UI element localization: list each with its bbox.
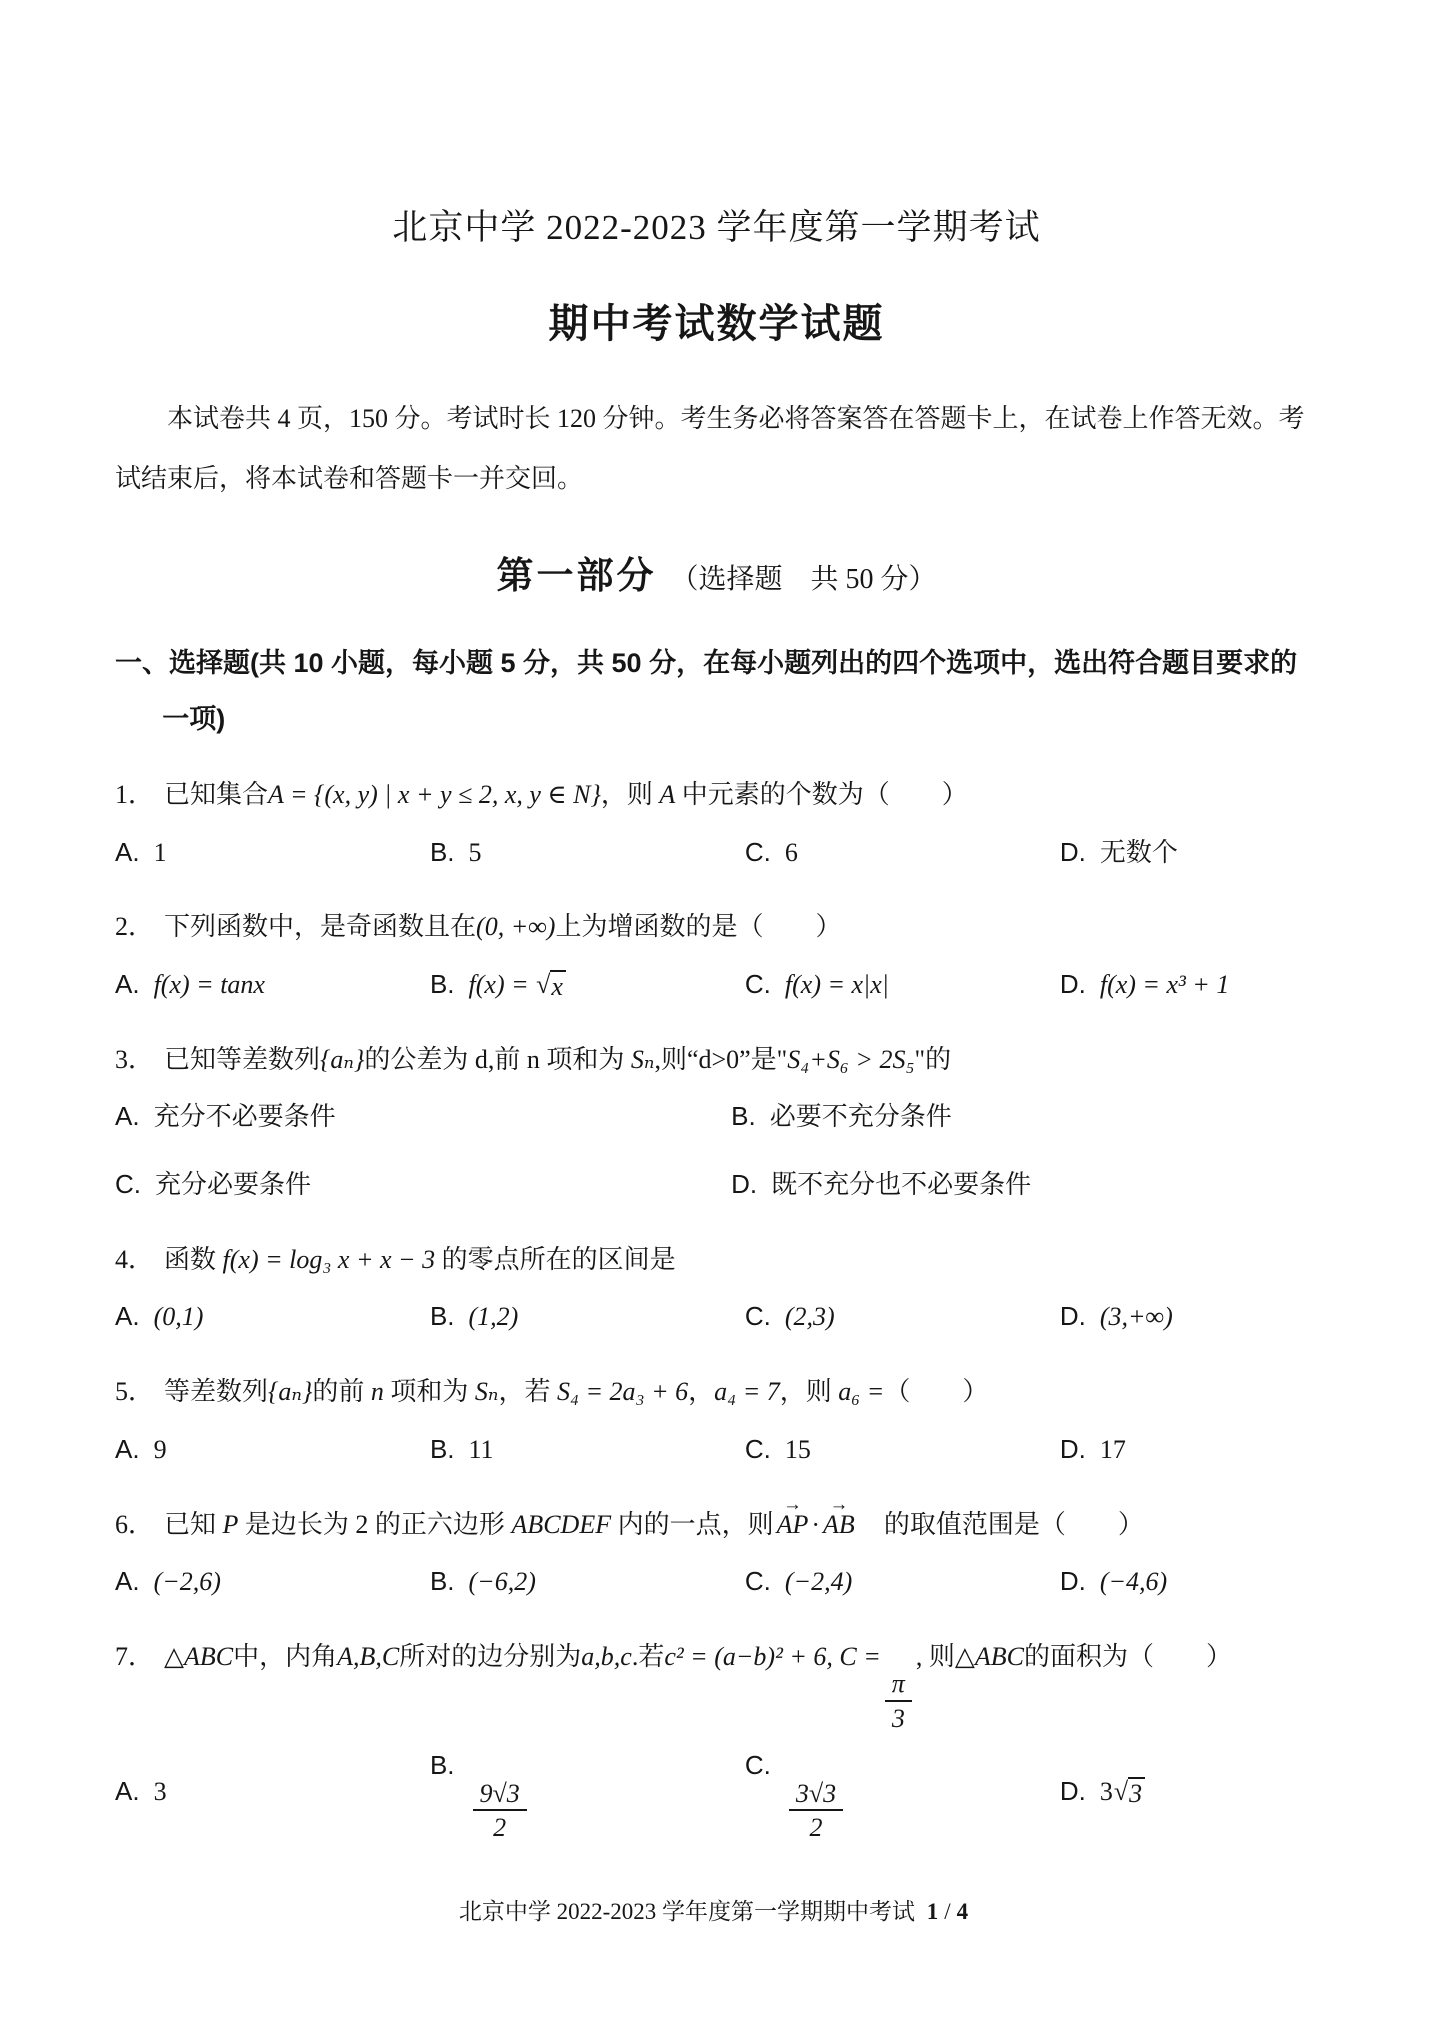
math-segment: {aₙ} [268,1377,312,1406]
question-6: 6．已知 P 是边长为 2 的正六边形 ABCDEF 内的一点，则AP·AB 的… [115,1500,1318,1608]
text-segment: 的面积为（ ） [1024,1642,1232,1671]
option-B: B.9√32 [430,1740,745,1843]
fraction-numerator: 9√3 [473,1779,527,1812]
math-segment: (3,+∞) [1100,1302,1173,1331]
math-segment: (−4,6) [1100,1567,1167,1596]
math-segment: (2,3) [785,1302,835,1331]
option-content: (2,3) [785,1302,835,1331]
square-root: √x [536,970,566,1002]
option-D: D.17 [1060,1424,1318,1476]
option-label: C. [745,1566,771,1596]
option-content: 11 [469,1435,494,1464]
text-segment: , 则△ [916,1642,975,1671]
vector: AB [823,1500,855,1551]
option-label: A. [115,837,140,867]
fraction: 9√32 [473,1779,527,1844]
option-content: (−2,6) [154,1567,221,1596]
option-content: (1,2) [469,1302,519,1331]
option-label: A. [115,1434,140,1464]
text-segment: "的 [915,1045,952,1074]
text-segment: （ ） [884,1377,988,1406]
option-content: 充分必要条件 [155,1170,311,1199]
question-options: A.1B.5C.6D.无数个 [115,827,1318,879]
option-content: 15 [785,1435,811,1464]
question-2: 2．下列函数中，是奇函数且在(0, +∞)上为增函数的是（ ） A.f(x) =… [115,902,1318,1010]
math-segment: S₄+S₆ > 2S₅ [787,1045,914,1074]
math-segment: {aₙ} [320,1045,364,1074]
question-stem-text: 已知集合A = {(x, y) | x + y ≤ 2, x, y ∈ N}，则… [164,780,968,809]
math-segment: (−2,4) [785,1567,852,1596]
question-number: 7． [115,1642,154,1671]
part1-heading: 第一部分（选择题 共 50 分） [115,545,1318,599]
question-number: 2． [115,912,154,941]
question-stem: 2．下列函数中，是奇函数且在(0, +∞)上为增函数的是（ ） [115,902,1318,953]
math-segment: (0, +∞) [476,912,555,941]
option-label: B. [430,837,455,867]
option-label: A. [115,969,140,999]
math-segment: A,B,C [337,1642,399,1671]
option-content: 5 [469,838,482,867]
text-segment: ，若 [498,1377,557,1406]
math-segment: Sₙ [631,1045,655,1074]
text-segment: 5 [469,838,482,867]
option-label: A. [115,1566,140,1596]
question-stem-text: 函数 f(x) = log₃ x + x − 3 的零点所在的区间是 [164,1245,676,1274]
text-segment: 项和为 [384,1377,475,1406]
option-label: C. [745,837,771,867]
text-segment: 已知集合 [164,780,268,809]
question-stem: 3．已知等差数列{aₙ}的公差为 d,前 n 项和为 Sₙ,则“d>0”是"S₄… [115,1035,1318,1086]
option-content: 6 [785,838,798,867]
option-content: 无数个 [1100,838,1178,867]
question-stem-text: 下列函数中，是奇函数且在(0, +∞)上为增函数的是（ ） [164,912,841,941]
page-footer: 北京中学 2022-2023 学年度第一学期期中考试 1/4 [115,1893,1318,1944]
radicand: 3 [1128,1777,1145,1809]
option-A: A.9 [115,1424,430,1476]
text-segment: .若 [632,1642,665,1671]
text-segment: 函数 [164,1245,223,1274]
option-label: B. [430,1750,455,1780]
math-segment: (−6,2) [469,1567,536,1596]
option-A: A.f(x) = tanx [115,959,430,1011]
option-C: C.(2,3) [745,1291,1060,1343]
option-label: A. [115,1101,140,1131]
option-B: B.(1,2) [430,1291,745,1343]
exam-instructions: 本试卷共 4 页，150 分。考试时长 120 分钟。考生务必将答案答在答题卡上… [115,389,1318,509]
option-label: D. [1060,969,1086,999]
option-content: 1 [154,838,167,867]
footer-text: 北京中学 2022-2023 学年度第一学期期中考试 [459,1899,915,1924]
question-1: 1．已知集合A = {(x, y) | x + y ≤ 2, x, y ∈ N}… [115,770,1318,878]
question-number: 4． [115,1245,154,1274]
option-label: D. [1060,837,1086,867]
option-label: D. [1060,1434,1086,1464]
fraction: π3 [885,1669,912,1734]
option-A: A.充分不必要条件 [115,1091,731,1143]
option-label: C. [745,1750,771,1780]
text-segment: 15 [785,1435,811,1464]
text-segment: ， [688,1377,714,1406]
option-content: 3√3 [1100,1777,1146,1806]
option-A: A.(0,1) [115,1291,430,1343]
question-number: 6． [115,1510,154,1539]
math-segment: A [659,780,675,809]
text-segment: 所对的边分别为 [399,1642,581,1671]
math-segment: ABC [184,1642,233,1671]
option-content: 既不充分也不必要条件 [771,1170,1031,1199]
option-content: f(x) = tanx [154,970,265,999]
question-stem: 1．已知集合A = {(x, y) | x + y ≤ 2, x, y ∈ N}… [115,770,1318,821]
option-label: C. [115,1169,141,1199]
question-options: A.(−2,6)B.(−6,2)C.(−2,4)D.(−4,6) [115,1556,1318,1608]
question-list: 1．已知集合A = {(x, y) | x + y ≤ 2, x, y ∈ N}… [115,770,1318,1868]
question-5: 5．等差数列{aₙ}的前 n 项和为 Sₙ，若 S₄ = 2a₃ + 6，a₄ … [115,1367,1318,1475]
question-options: A.充分不必要条件B.必要不充分条件C.充分必要条件D.既不充分也不必要条件 [115,1091,1318,1210]
text-segment: 下列函数中，是奇函数且在 [164,912,476,941]
option-label: D. [731,1169,757,1199]
option-C: C.3√32 [745,1740,1060,1843]
option-content: 充分不必要条件 [154,1102,336,1131]
question-options: A.f(x) = tanxB.f(x) = √xC.f(x) = x|x|D.f… [115,959,1318,1011]
option-C: C.f(x) = x|x| [745,959,1060,1011]
option-content: (−4,6) [1100,1567,1167,1596]
text-segment: 充分不必要条件 [154,1102,336,1131]
math-segment: a,b,c [581,1642,632,1671]
option-content: 必要不充分条件 [770,1102,952,1131]
text-segment: 1 [154,838,167,867]
text-segment: 的零点所在的区间是 [435,1245,676,1274]
text-segment: ，则 [601,780,660,809]
option-content: 3√32 [785,1751,847,1780]
option-D: D.f(x) = x³ + 1 [1060,959,1318,1011]
option-B: B.11 [430,1424,745,1476]
text-segment: 已知等差数列 [164,1045,320,1074]
option-C: C.(−2,4) [745,1556,1060,1608]
option-D: D.无数个 [1060,827,1318,879]
fraction-denominator: 2 [810,1811,823,1843]
radicand: x [550,970,566,1002]
option-content: (3,+∞) [1100,1302,1173,1331]
option-label: D. [1060,1301,1086,1331]
math-segment: f(x) = x|x| [785,970,889,999]
math-segment: n [371,1377,384,1406]
question-stem: 6．已知 P 是边长为 2 的正六边形 ABCDEF 内的一点，则AP·AB 的… [115,1500,1318,1551]
option-content: (−2,4) [785,1567,852,1596]
text-segment: 中，内角 [233,1642,337,1671]
text-segment: 的公差为 d,前 n 项和为 [364,1045,631,1074]
option-C: C.6 [745,827,1060,879]
question-stem-text: △ABC中，内角A,B,C所对的边分别为a,b,c.若c² = (a−b)² +… [164,1642,1232,1671]
page-subtitle: 期中考试数学试题 [115,292,1318,349]
text-segment: · [811,1510,820,1539]
math-segment: f(x) = x³ + 1 [1100,970,1230,999]
option-content: f(x) = x³ + 1 [1100,970,1230,999]
question-7: 7．△ABC中，内角A,B,C所对的边分别为a,b,c.若c² = (a−b)²… [115,1632,1318,1844]
text-segment: 无数个 [1100,838,1178,867]
math-segment: P [223,1510,239,1539]
option-label: C. [745,1434,771,1464]
text-segment: 11 [469,1435,494,1464]
page-title: 北京中学 2022-2023 学年度第一学期考试 [115,200,1318,250]
math-segment: (0,1) [154,1302,204,1331]
fraction-numerator: 3√3 [789,1779,843,1812]
text-segment: 中元素的个数为（ ） [675,780,968,809]
math-segment: f(x) = [469,970,536,999]
square-root: √3 [1114,1777,1145,1809]
question-options: A.9B.11C.15D.17 [115,1424,1318,1476]
math-segment: f(x) = log₃ x + x − 3 [223,1245,436,1274]
text-segment: 已知 [164,1510,223,1539]
vector: AP [777,1500,809,1551]
radical-sign: √ [536,970,550,1002]
option-B: B.5 [430,827,745,879]
text-segment: 充分必要条件 [155,1170,311,1199]
option-label: A. [115,1301,140,1331]
math-segment: f(x) = tanx [154,970,265,999]
math-segment: (1,2) [469,1302,519,1331]
question-stem-text: 已知 P 是边长为 2 的正六边形 ABCDEF 内的一点，则AP·AB 的取值… [164,1510,1144,1539]
text-segment: 上为增函数的是（ ） [555,912,841,941]
option-label: D. [1060,1776,1086,1806]
option-content: 17 [1100,1435,1126,1464]
option-content: f(x) = x|x| [785,970,889,999]
question-4: 4．函数 f(x) = log₃ x + x − 3 的零点所在的区间是 A.(… [115,1235,1318,1343]
option-content: 3 [154,1777,167,1806]
question-3: 3．已知等差数列{aₙ}的公差为 d,前 n 项和为 Sₙ,则“d>0”是"S₄… [115,1035,1318,1211]
part1-note: （选择题 共 50 分） [670,564,936,595]
fraction-denominator: 2 [493,1811,506,1843]
fraction-denominator: 3 [892,1702,905,1734]
text-segment: 的前 [312,1377,371,1406]
text-segment: ，则 [780,1377,839,1406]
text-segment: 的取值范围是（ ） [858,1510,1144,1539]
text-segment: 内的一点，则 [611,1510,774,1539]
option-D: D.(−4,6) [1060,1556,1318,1608]
question-stem: 5．等差数列{aₙ}的前 n 项和为 Sₙ，若 S₄ = 2a₃ + 6，a₄ … [115,1367,1318,1418]
option-label: C. [745,1301,771,1331]
text-segment: 必要不充分条件 [770,1102,952,1131]
fraction-numerator: π [885,1669,912,1702]
footer-page-total: 4 [957,1899,969,1924]
option-A: A.1 [115,827,430,879]
option-label: B. [430,969,455,999]
option-content: (−6,2) [469,1567,536,1596]
text-segment: △ [164,1642,184,1671]
text-segment: ,则“d>0”是" [654,1045,787,1074]
option-content: f(x) = √x [469,970,567,999]
option-label: B. [430,1301,455,1331]
math-segment: c² = (a−b)² + 6, C = [664,1642,880,1671]
text-segment: 17 [1100,1435,1126,1464]
question-number: 1． [115,780,154,809]
question-stem-text: 已知等差数列{aₙ}的公差为 d,前 n 项和为 Sₙ,则“d>0”是"S₄+S… [164,1045,951,1074]
question-number: 5． [115,1377,154,1406]
option-C: C.15 [745,1424,1060,1476]
part1-title: 第一部分 [496,555,656,596]
math-segment: Sₙ [475,1377,499,1406]
math-segment: ABC [975,1642,1024,1671]
footer-page-current: 1 [927,1899,939,1924]
option-label: C. [745,969,771,999]
option-A: A.3 [115,1766,430,1818]
math-segment: a₄ = 7 [714,1377,780,1406]
text-segment: 等差数列 [164,1377,268,1406]
math-segment: a₆ = [838,1377,884,1406]
option-label: A. [115,1776,140,1806]
text-segment: 3 [154,1777,167,1806]
option-B: B.必要不充分条件 [731,1091,1318,1143]
option-content: 9√32 [469,1751,531,1780]
question-stem: 7．△ABC中，内角A,B,C所对的边分别为a,b,c.若c² = (a−b)²… [115,1632,1318,1734]
exam-page: { "page": { "title": "北京中学 2022-2023 学年度… [0,0,1433,2024]
option-D: D.既不充分也不必要条件 [731,1159,1318,1211]
math-segment: A = {(x, y) | x + y ≤ 2, x, y ∈ N} [268,780,601,809]
fraction: 3√32 [789,1779,843,1844]
section1-heading: 一、选择题(共 10 小题，每小题 5 分，共 50 分，在每小题列出的四个选项… [115,635,1318,748]
option-B: B.(−6,2) [430,1556,745,1608]
option-label: B. [731,1101,756,1131]
option-B: B.f(x) = √x [430,959,745,1011]
math-segment: ABCDEF [511,1510,611,1539]
option-D: D.3√3 [1060,1766,1318,1818]
text-segment: 是边长为 2 的正六边形 [238,1510,511,1539]
question-options: A.3B.9√32C.3√32D.3√3 [115,1740,1318,1843]
text-segment: 既不充分也不必要条件 [771,1170,1031,1199]
option-A: A.(−2,6) [115,1556,430,1608]
text-segment: 6 [785,838,798,867]
option-label: D. [1060,1566,1086,1596]
text-segment: 9 [154,1435,167,1464]
option-label: B. [430,1434,455,1464]
radical-sign: √ [1114,1777,1128,1809]
math-segment: S₄ = 2a₃ + 6 [557,1377,688,1406]
option-D: D.(3,+∞) [1060,1291,1318,1343]
option-label: B. [430,1566,455,1596]
option-C: C.充分必要条件 [115,1159,731,1211]
text-segment: 3 [1100,1777,1113,1806]
footer-page-separator: / [944,1899,950,1924]
math-segment: (−2,6) [154,1567,221,1596]
question-stem: 4．函数 f(x) = log₃ x + x − 3 的零点所在的区间是 [115,1235,1318,1286]
question-number: 3． [115,1045,154,1074]
option-content: 9 [154,1435,167,1464]
option-content: (0,1) [154,1302,204,1331]
question-stem-text: 等差数列{aₙ}的前 n 项和为 Sₙ，若 S₄ = 2a₃ + 6，a₄ = … [164,1377,988,1406]
question-options: A.(0,1)B.(1,2)C.(2,3)D.(3,+∞) [115,1291,1318,1343]
